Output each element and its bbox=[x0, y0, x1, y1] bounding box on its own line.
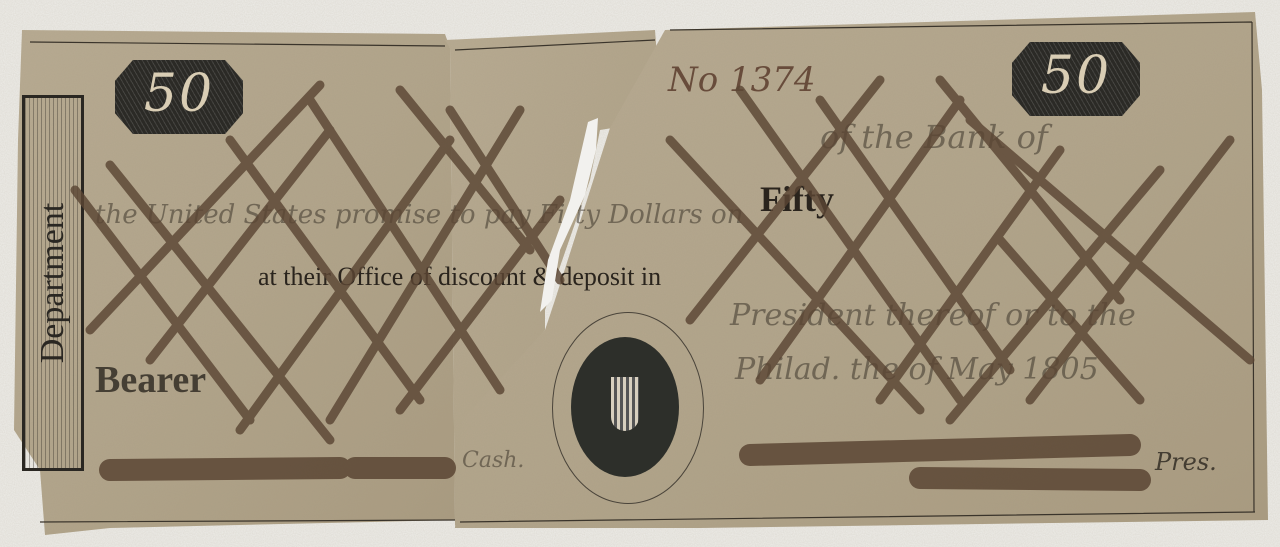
tear bbox=[0, 0, 1280, 547]
banknote: Department 50 50 No 1374 of the Bank of … bbox=[0, 0, 1280, 547]
